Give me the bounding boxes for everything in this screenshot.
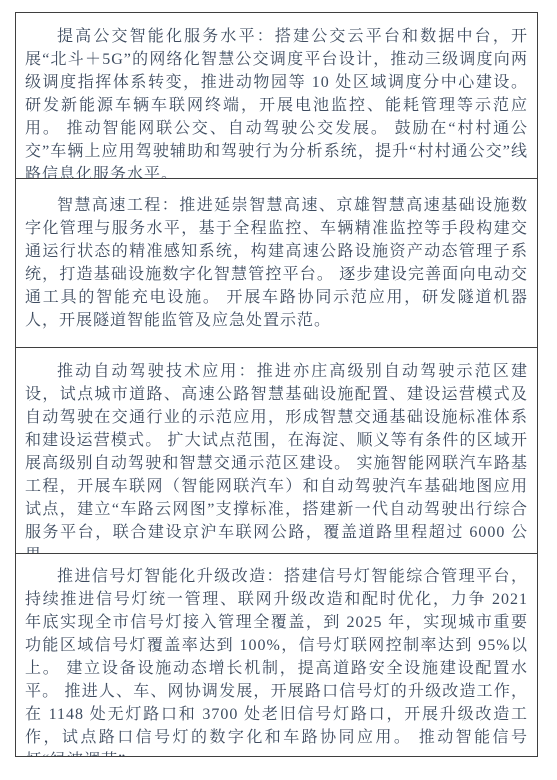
paragraph-bus-intelligence: 提高公交智能化服务水平：搭建公交云平台和数据中台，开展“北斗＋5G”的网络化智慧… — [25, 25, 528, 178]
paragraph-traffic-signal-upgrade: 推进信号灯智能化升级改造：搭建信号灯智能综合管理平台，持续推进信号灯统一管理、联… — [25, 565, 528, 756]
section-bus-intelligence: 提高公交智能化服务水平：搭建公交云平台和数据中台，开展“北斗＋5G”的网络化智慧… — [16, 13, 537, 178]
section-autonomous-driving: 推动自动驾驶技术应用：推进亦庄高级别自动驾驶示范区建设，试点城市道路、高速公路智… — [16, 347, 537, 552]
section-traffic-signal-upgrade: 推进信号灯智能化升级改造：搭建信号灯智能综合管理平台，持续推进信号灯统一管理、联… — [16, 553, 537, 756]
paragraph-autonomous-driving: 推动自动驾驶技术应用：推进亦庄高级别自动驾驶示范区建设，试点城市道路、高速公路智… — [25, 360, 528, 552]
document-table-box: 提高公交智能化服务水平：搭建公交云平台和数据中台，开展“北斗＋5G”的网络化智慧… — [15, 12, 538, 757]
section-smart-highway: 智慧高速工程：推进延崇智慧高速、京雄智慧高速基础设施数字化管理与服务水平，基于全… — [16, 178, 537, 348]
paragraph-smart-highway: 智慧高速工程：推进延崇智慧高速、京雄智慧高速基础设施数字化管理与服务水平，基于全… — [25, 194, 528, 332]
